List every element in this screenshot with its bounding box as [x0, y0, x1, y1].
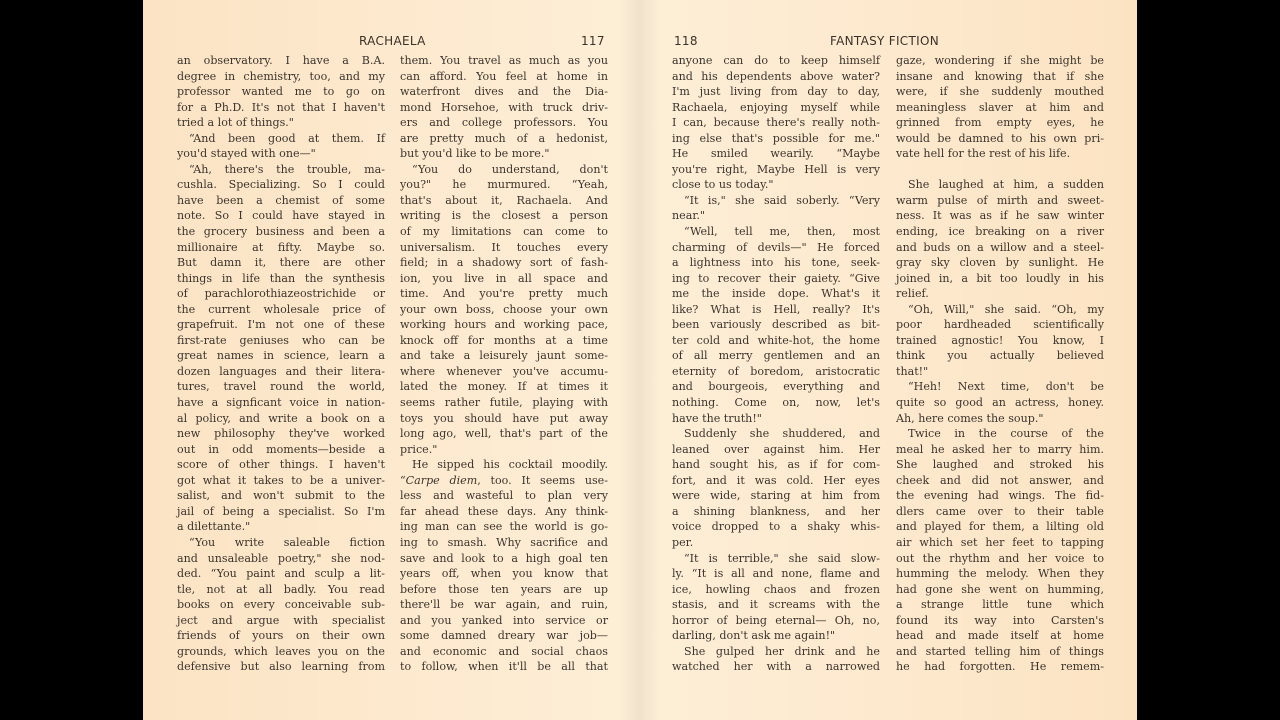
text-line: salist, and won't submit to the — [177, 488, 385, 504]
text-line: score of other things. I haven't — [177, 457, 385, 473]
text-column: gaze, wondering if she might beinsane an… — [896, 53, 1104, 675]
text-line: joined in, a bit too loudly in his — [896, 271, 1104, 287]
paragraph-break — [896, 162, 1104, 178]
text-line: “Well, tell me, then, most — [672, 224, 880, 240]
text-line: and buds on a willow and a steel- — [896, 240, 1104, 256]
text-line: a strange little tune which — [896, 597, 1104, 613]
text-line: like? What is Hell, really? It's — [672, 302, 880, 318]
text-line: tures, travel round the world, — [177, 379, 385, 395]
text-line: anyone can do to keep himself — [672, 53, 880, 69]
text-line: and you yanked into service or — [400, 613, 608, 629]
text-line: gaze, wondering if she might be — [896, 53, 1104, 69]
text-line: grapefruit. I'm not one of these — [177, 317, 385, 333]
text-line: watched her with a narrowed — [672, 659, 880, 675]
text-line: an observatory. I have a B.A. — [177, 53, 385, 69]
text-line: vate hell for the rest of his life. — [896, 146, 1104, 162]
text-line: grinned from empty eyes, he — [896, 115, 1104, 131]
text-line: you'd stayed with one—" — [177, 146, 385, 162]
text-line: voice dropped to a shaky whis- — [672, 519, 880, 535]
text-line: out the rhythm and her voice to — [896, 551, 1104, 567]
text-line: ing to recover their gaiety. “Give — [672, 271, 880, 287]
text-line: were wide, staring at him from — [672, 488, 880, 504]
text-line: to follow, when it'll be all that — [400, 659, 608, 675]
text-line: Rachaela, enjoying myself while — [672, 100, 880, 116]
text-line: the evening had wings. The fid- — [896, 488, 1104, 504]
text-line: hand sought his, as if for com- — [672, 457, 880, 473]
text-line: waterfront dives and the Dia- — [400, 84, 608, 100]
text-line: ing else that's possible for me." — [672, 131, 880, 147]
text-line: nothing. Come on, now, let's — [672, 395, 880, 411]
text-line: new philosophy they've worked — [177, 426, 385, 442]
text-line: poor hardheaded scientifically — [896, 317, 1104, 333]
text-line: of all merry gentlemen and an — [672, 348, 880, 364]
text-line: warm pulse of mirth and sweet- — [896, 193, 1104, 209]
text-line: ing man can see the world is go- — [400, 519, 608, 535]
text-line: some damned dreary war job— — [400, 628, 608, 644]
text-line: far ahead these days. Any think- — [400, 504, 608, 520]
text-line: air which set her feet to tapping — [896, 535, 1104, 551]
text-line: ly. “It is all and none, flame and — [672, 566, 880, 582]
text-line: insane and knowing that if she — [896, 69, 1104, 85]
text-line: your own boss, choose your own — [400, 302, 608, 318]
text-line: dozen languages and their litera- — [177, 364, 385, 380]
text-line: “You write saleable fiction — [177, 535, 385, 551]
text-line: but you'd like to be more." — [400, 146, 608, 162]
text-line: time. And you're pretty much — [400, 286, 608, 302]
text-line: mond Horsehoe, with truck driv- — [400, 100, 608, 116]
running-title: FANTASY FICTION — [830, 34, 939, 50]
text-line: grounds, which leaves you on the — [177, 644, 385, 660]
text-line: would be damned to his own pri- — [896, 131, 1104, 147]
text-line: seems rather futile, playing with — [400, 395, 608, 411]
text-line: me the inside dope. What's it — [672, 286, 880, 302]
text-line: have a signficant voice in nation- — [177, 395, 385, 411]
text-line: are pretty much of a hedonist, — [400, 131, 608, 147]
text-line: a dilettante." — [177, 519, 385, 535]
text-line: found its way into Carsten's — [896, 613, 1104, 629]
text-line: you?" he murmured. “Yeah, — [400, 177, 608, 193]
text-line: and unsaleable poetry," she nod- — [177, 551, 385, 567]
text-line: that!" — [896, 364, 1104, 380]
text-line: jail of being a specialist. So I'm — [177, 504, 385, 520]
text-line: things in life than the synthesis — [177, 271, 385, 287]
text-column: them. You travel as much as youcan affor… — [400, 53, 608, 675]
text-line: ion, you live in all space and — [400, 271, 608, 287]
text-line: quite so good an actress, honey. — [896, 395, 1104, 411]
text-line: per. — [672, 535, 880, 551]
text-line: before those ten years are up — [400, 582, 608, 598]
text-line: fort, and it was cold. Her eyes — [672, 473, 880, 489]
left-page: RACHAELA 117 an observatory. I have a B.… — [143, 0, 640, 720]
text-line: price." — [400, 442, 608, 458]
text-line: She laughed at him, a sudden — [896, 177, 1104, 193]
text-line: and his dependents above water? — [672, 69, 880, 85]
text-line: ject and argue with specialist — [177, 613, 385, 629]
text-line: writing is the closest a person — [400, 208, 608, 224]
text-line: friends of yours on their own — [177, 628, 385, 644]
text-line: eternity of boredom, aristocratic — [672, 364, 880, 380]
text-line: working hours and working pace, — [400, 317, 608, 333]
text-line: millionaire at fifty. Maybe so. — [177, 240, 385, 256]
text-line: books on every conceivable sub- — [177, 597, 385, 613]
text-line: “It is," she said soberly. “Very — [672, 193, 880, 209]
text-line: of my limitations can come to — [400, 224, 608, 240]
text-line: note. So I could have stayed in — [177, 208, 385, 224]
right-page: 118 FANTASY FICTION anyone can do to kee… — [640, 0, 1137, 720]
text-line: Suddenly she shuddered, and — [672, 426, 880, 442]
text-line: and bourgeois, everything and — [672, 379, 880, 395]
text-line: Ah, here comes the soup." — [896, 411, 1104, 427]
text-line: you're right, Maybe Hell is very — [672, 162, 880, 178]
text-line: tle, not at all badly. You read — [177, 582, 385, 598]
text-line: I can, because there's really noth- — [672, 115, 880, 131]
text-line: “Carpe diem, too. It seems use- — [400, 473, 608, 489]
text-line: that's about it, Rachaela. And — [400, 193, 608, 209]
text-line: dlers came over to their table — [896, 504, 1104, 520]
text-line: lated the money. If at times it — [400, 379, 608, 395]
text-line: trained agnostic! You know, I — [896, 333, 1104, 349]
text-line: cushla. Specializing. So I could — [177, 177, 385, 193]
text-line: relief. — [896, 286, 1104, 302]
text-line: where whenever you've accumu- — [400, 364, 608, 380]
text-line: But damn it, there are other — [177, 255, 385, 271]
text-line: knock off for months at a time — [400, 333, 608, 349]
text-line: less and wasteful to plan very — [400, 488, 608, 504]
text-line: near." — [672, 208, 880, 224]
text-line: and started telling him of things — [896, 644, 1104, 660]
text-line: He sipped his cocktail moodily. — [400, 457, 608, 473]
text-line: great names in science, learn a — [177, 348, 385, 364]
text-line: ter cold and white-hot, the home — [672, 333, 880, 349]
text-line: humming the melody. When they — [896, 566, 1104, 582]
text-line: “It is terrible," she said slow- — [672, 551, 880, 567]
text-line: horror of being eternal— Oh, no, — [672, 613, 880, 629]
text-line: Twice in the course of the — [896, 426, 1104, 442]
text-line: he had forgotten. He remem- — [896, 659, 1104, 675]
text-line: can afford. You feel at home in — [400, 69, 608, 85]
text-line: a shining blankness, and her — [672, 504, 880, 520]
text-line: ness. It was as if he saw winter — [896, 208, 1104, 224]
text-line: head and made itself at home — [896, 628, 1104, 644]
text-line: She laughed and stroked his — [896, 457, 1104, 473]
text-line: defensive but also learning from — [177, 659, 385, 675]
text-line: ice, howling chaos and frozen — [672, 582, 880, 598]
text-line: first-rate geniuses who can be — [177, 333, 385, 349]
text-line: degree in chemistry, too, and my — [177, 69, 385, 85]
text-line: years off, when you know that — [400, 566, 608, 582]
text-line: “You do understand, don't — [400, 162, 608, 178]
text-line: al policy, and write a book on a — [177, 411, 385, 427]
text-line: “And been good at them. If — [177, 131, 385, 147]
text-line: and played for them, a lilting old — [896, 519, 1104, 535]
text-line: the current wholesale price of — [177, 302, 385, 318]
text-line: ded. “You paint and sculp a lit- — [177, 566, 385, 582]
text-line: the grocery business and been a — [177, 224, 385, 240]
text-line: gray sky cloven by sunlight. He — [896, 255, 1104, 271]
text-line: and take a leisurely jaunt some- — [400, 348, 608, 364]
text-line: been variously described as bit- — [672, 317, 880, 333]
text-line: tried a lot of things." — [177, 115, 385, 131]
text-line: ing to smash. Why sacrifice and — [400, 535, 608, 551]
page-number: 118 — [674, 34, 698, 50]
text-line: “Heh! Next time, don't be — [896, 379, 1104, 395]
page-number: 117 — [581, 34, 605, 50]
text-line: darling, don't ask me again!" — [672, 628, 880, 644]
text-line: out in odd moments—beside a — [177, 442, 385, 458]
text-line: a lightness into his tone, seek- — [672, 255, 880, 271]
text-line: ers and college professors. You — [400, 115, 608, 131]
text-line: charming of devils—" He forced — [672, 240, 880, 256]
book-spread: RACHAELA 117 an observatory. I have a B.… — [143, 0, 1137, 720]
text-line: were, if she suddenly mouthed — [896, 84, 1104, 100]
text-line: there'll be war again, and ruin, — [400, 597, 608, 613]
text-line: them. You travel as much as you — [400, 53, 608, 69]
running-title: RACHAELA — [359, 34, 426, 50]
text-column: anyone can do to keep himselfand his dep… — [672, 53, 880, 675]
text-line: long ago, well, that's part of the — [400, 426, 608, 442]
text-line: ending, ice breaking on a river — [896, 224, 1104, 240]
text-line: think you actually believed — [896, 348, 1104, 364]
text-line: of parachlorothiazeostrichide or — [177, 286, 385, 302]
text-line: have been a chemist of some — [177, 193, 385, 209]
text-line: save and look to a high goal ten — [400, 551, 608, 567]
text-line: She gulped her drink and he — [672, 644, 880, 660]
text-line: meaningless slaver at him and — [896, 100, 1104, 116]
text-line: cheek and did not answer, and — [896, 473, 1104, 489]
text-line: universalism. It touches every — [400, 240, 608, 256]
text-line: field; in a shadowy sort of fash- — [400, 255, 608, 271]
text-line: “Ah, there's the trouble, ma- — [177, 162, 385, 178]
text-line: stasis, and it screams with the — [672, 597, 880, 613]
text-line: He smiled wearily. “Maybe — [672, 146, 880, 162]
text-line: leaned over against him. Her — [672, 442, 880, 458]
text-line: meal he asked her to marry him. — [896, 442, 1104, 458]
text-line: “Oh, Will," she said. “Oh, my — [896, 302, 1104, 318]
text-line: got what it takes to be a univer- — [177, 473, 385, 489]
text-column: an observatory. I have a B.A.degree in c… — [177, 53, 385, 675]
text-line: for a Ph.D. It's not that I haven't — [177, 100, 385, 116]
text-line: had gone she went on humming, — [896, 582, 1104, 598]
text-line: have the truth!" — [672, 411, 880, 427]
text-line: close to us today." — [672, 177, 880, 193]
text-line: toys you should have put away — [400, 411, 608, 427]
text-line: I'm just living from day to day, — [672, 84, 880, 100]
text-line: professor wanted me to go on — [177, 84, 385, 100]
text-line: and economic and social chaos — [400, 644, 608, 660]
